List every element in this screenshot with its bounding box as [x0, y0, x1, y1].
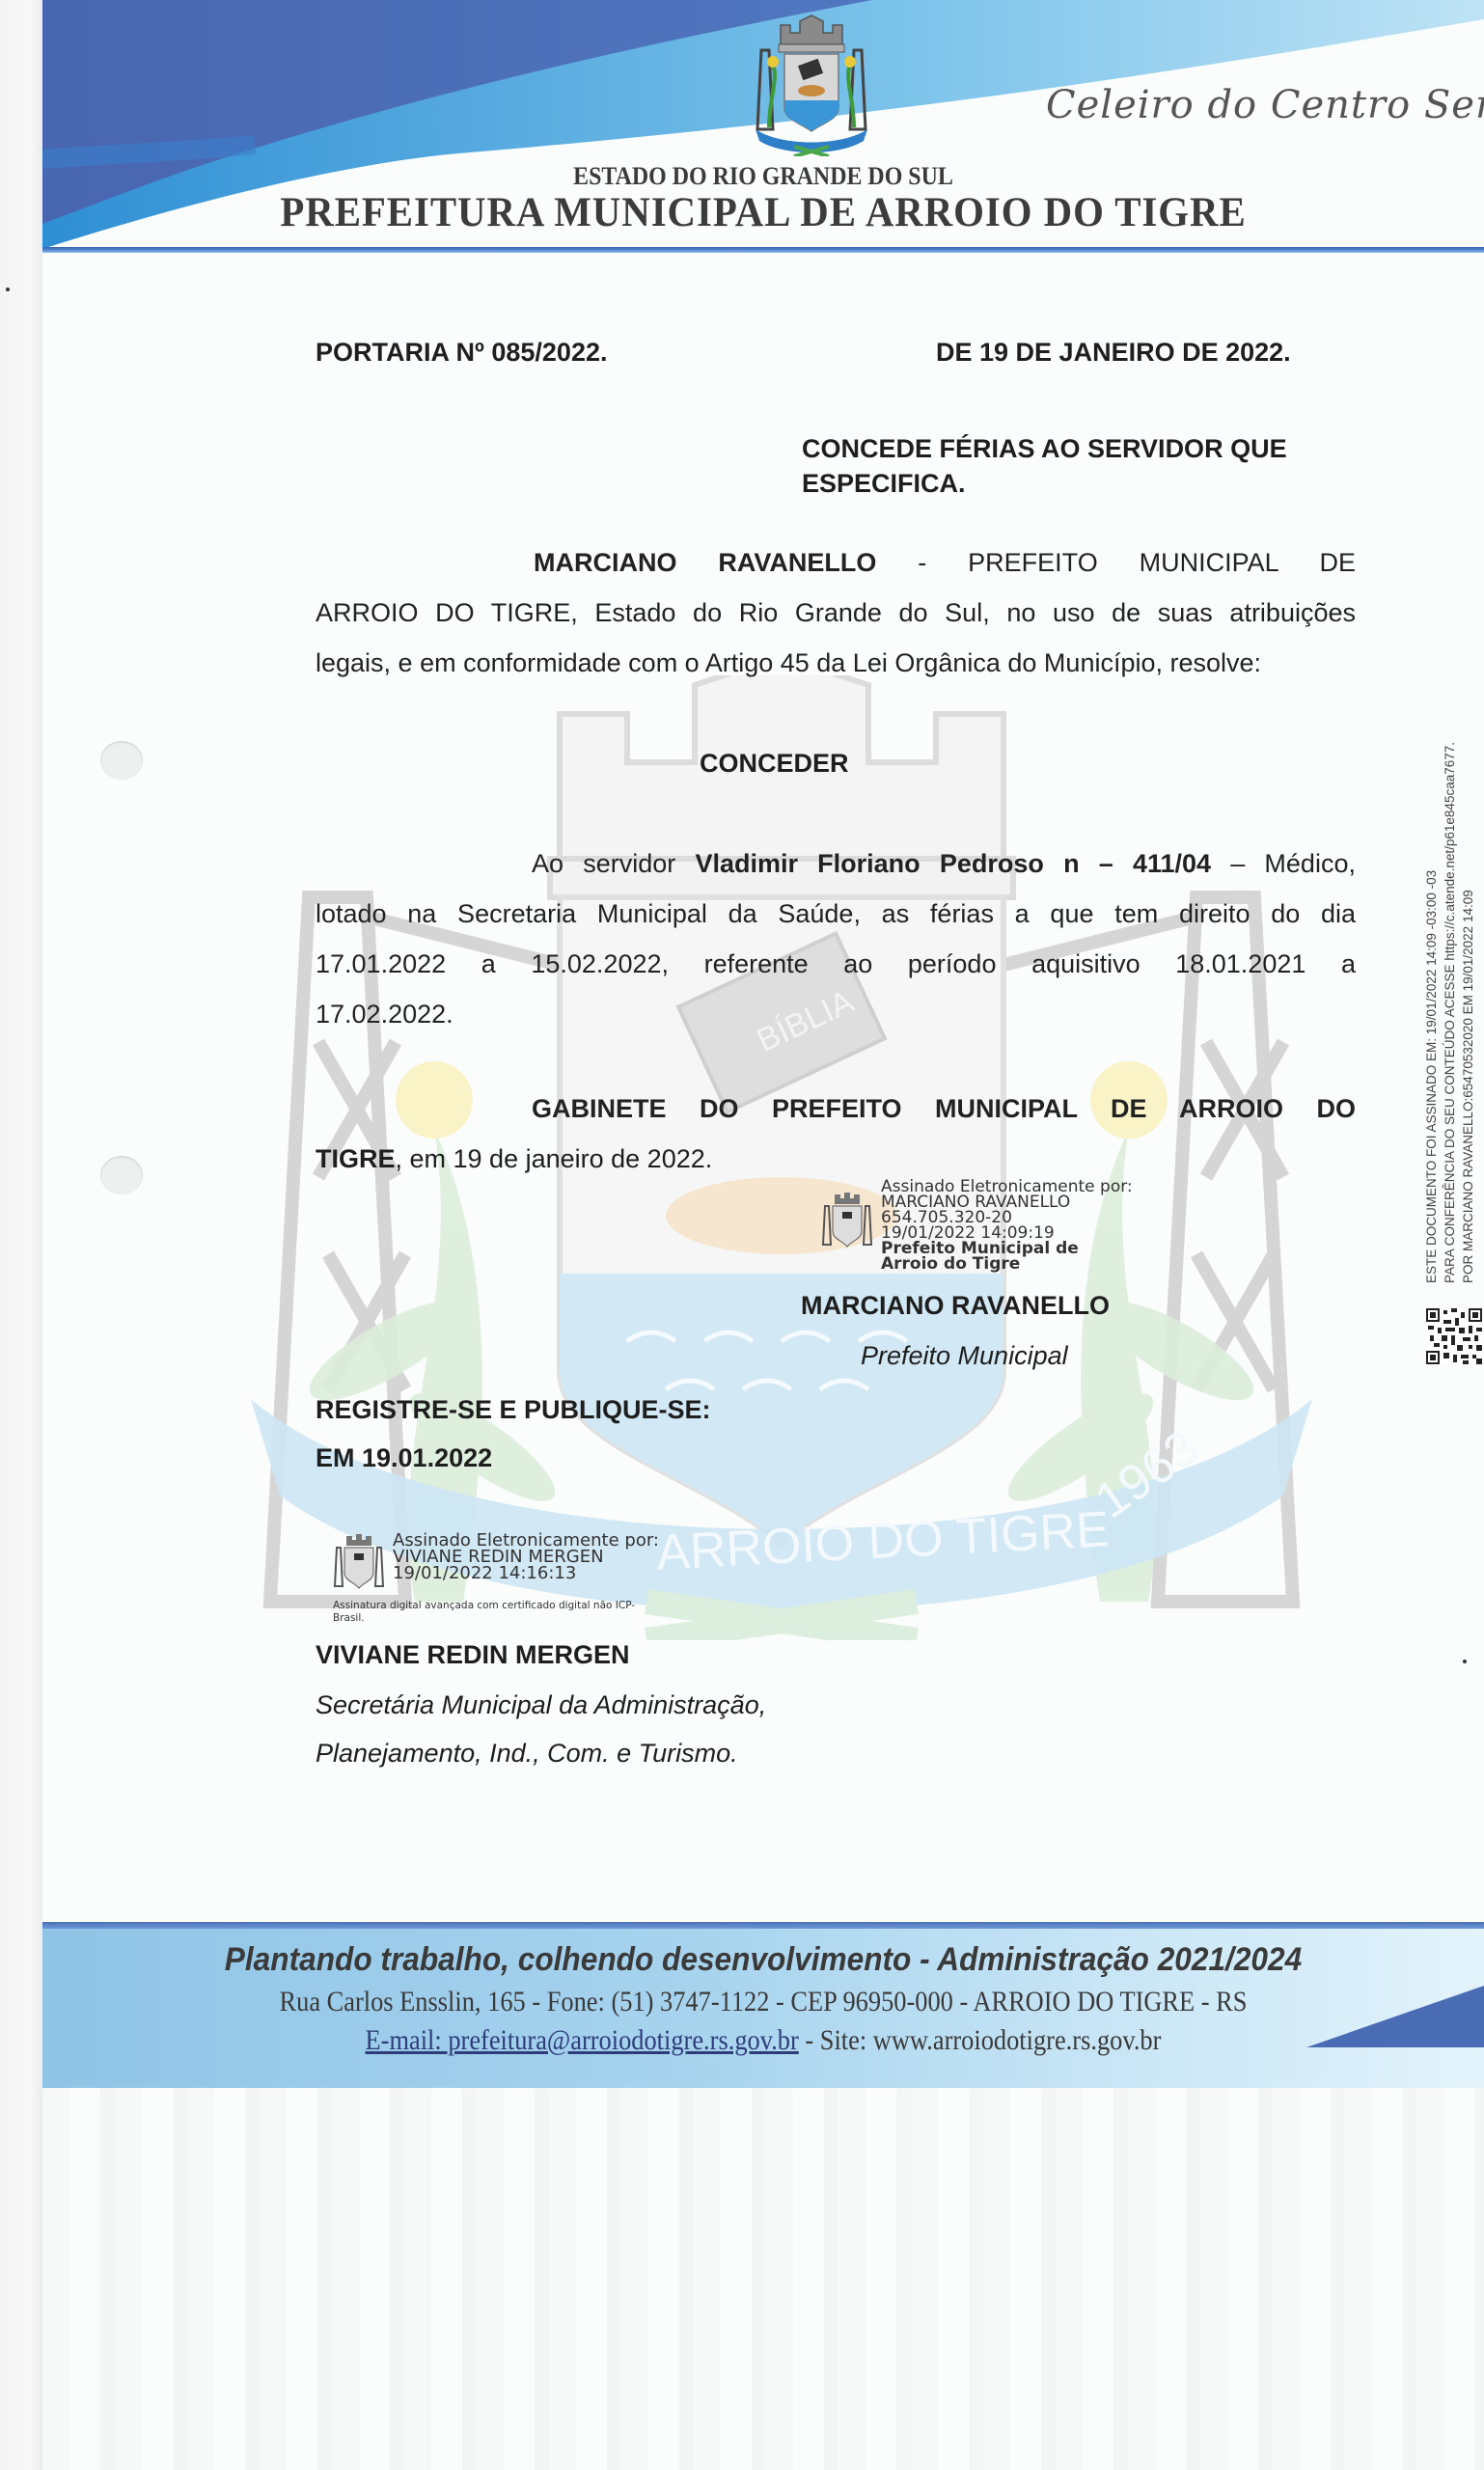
employee-number: n – 411/04: [1063, 849, 1211, 878]
decree-number: PORTARIA Nº 085/2022.: [316, 340, 607, 366]
register-line1: REGISTRE-SE E PUBLIQUE-SE:: [316, 1397, 711, 1423]
grant-line2: lotado na Secretaria Municipal da Saúde,…: [316, 901, 1356, 927]
secretary-title-line2: Planejamento, Ind., Com. e Turismo.: [316, 1741, 738, 1767]
secretary-title-line1: Secretária Municipal da Administração,: [316, 1692, 766, 1718]
grant-line4: 17.02.2022.: [316, 1002, 1356, 1028]
punch-hole-top: [100, 741, 143, 780]
header-rule: [42, 247, 1484, 253]
footer-email-link[interactable]: E-mail: prefeitura@arroiodotigre.rs.gov.…: [366, 2024, 799, 2056]
letterhead-footer: Plantando trabalho, colhendo desenvolvim…: [42, 1922, 1484, 2088]
footer-address: Rua Carlos Ensslin, 165 - Fone: (51) 374…: [129, 1986, 1398, 2018]
qr-code-icon[interactable]: [1426, 1308, 1482, 1364]
closing-line2: TIGRE, em 19 de janeiro de 2022.: [316, 1146, 712, 1172]
verification-line1: ESTE DOCUMENTO FOI ASSINADO EM: 19/01/20…: [1422, 608, 1441, 1283]
closing-line1: GABINETE DO PREFEITO MUNICIPAL DE ARROIO…: [316, 1096, 1356, 1122]
verification-line3: POR MARCIANO RAVANELLO:65470532020 EM 19…: [1459, 608, 1477, 1283]
header-organization: PREFEITURA MUNICIPAL DE ARROIO DO TIGRE: [78, 189, 1447, 236]
municipal-coat-of-arms-icon: [752, 12, 871, 156]
svg-text:ARROIO DO TIGRE: ARROIO DO TIGRE: [655, 1501, 1111, 1581]
action-heading: CONCEDER: [700, 751, 849, 777]
preamble-line2: ARROIO DO TIGRE, Estado do Rio Grande do…: [316, 600, 1356, 626]
header-motto: Celeiro do Centro Serra: [1046, 83, 1484, 127]
mayor-name: MARCIANO RAVANELLO: [534, 548, 876, 577]
footer-contact: E-mail: prefeitura@arroiodotigre.rs.gov.…: [129, 2024, 1398, 2057]
decree-summary-line2: ESPECIFICA.: [802, 471, 966, 497]
punch-hole-bottom: [100, 1156, 143, 1194]
employee-name: Vladimir Floriano Pedroso: [695, 849, 1043, 878]
mayor-electronic-signature: Assinado Eletronicamente por: MARCIANO R…: [821, 1179, 1133, 1272]
mayor-signatory-title: Prefeito Municipal: [861, 1343, 1068, 1369]
scan-speck: [1463, 1660, 1467, 1663]
scanner-edge: [0, 0, 42, 2470]
preamble-line3: legais, e em conformidade com o Artigo 4…: [316, 650, 1356, 676]
employee-role: – Médico,: [1230, 849, 1356, 878]
mini-crest-icon: [821, 1191, 873, 1250]
grant-line1: Ao servidor Vladimir Floriano Pedroso n …: [316, 851, 1356, 877]
blank-page-area: [42, 2088, 1484, 2470]
secretary-signatory-name: VIVIANE REDIN MERGEN: [316, 1642, 630, 1668]
scan-speck: [6, 288, 10, 291]
preamble-line1: MARCIANO RAVANELLO - PREFEITO MUNICIPAL …: [316, 550, 1356, 576]
verification-line2[interactable]: PARA CONFERÊNCIA DO SEU CONTEÚDO ACESSE …: [1441, 608, 1459, 1283]
decree-summary-line1: CONCEDE FÉRIAS AO SERVIDOR QUE: [802, 436, 1287, 462]
register-line2: EM 19.01.2022: [316, 1445, 492, 1471]
decree-date: DE 19 DE JANEIRO DE 2022.: [936, 340, 1291, 366]
secretary-electronic-signature: Assinado Eletronicamente por: VIVIANE RE…: [333, 1532, 659, 1592]
grant-line3: 17.01.2022 a 15.02.2022, referente ao pe…: [316, 951, 1356, 977]
footer-slogan: Plantando trabalho, colhendo desenvolvim…: [93, 1941, 1433, 1979]
footer-site: - Site: www.arroiodotigre.rs.gov.br: [799, 2024, 1162, 2056]
mini-crest-icon: [333, 1532, 385, 1592]
header-state: ESTADO DO RIO GRANDE DO SUL: [100, 162, 1426, 191]
secretary-signature-note: Assinatura digital avançada com certific…: [333, 1600, 635, 1625]
mayor-signatory-name: MARCIANO RAVANELLO: [801, 1293, 1110, 1319]
letterhead: Celeiro do Centro Serra ESTADO DO RIO GR…: [42, 0, 1484, 253]
verification-strip: ESTE DOCUMENTO FOI ASSINADO EM: 19/01/20…: [1422, 608, 1477, 1283]
svg-text:1963: 1963: [1086, 1419, 1209, 1529]
